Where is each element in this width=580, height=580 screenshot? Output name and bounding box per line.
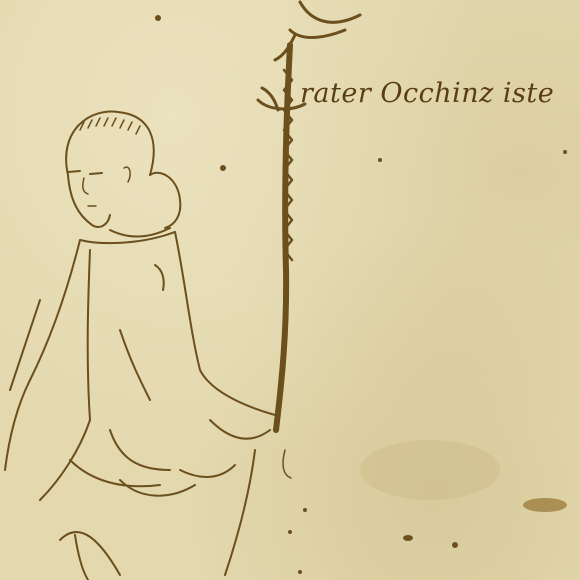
manuscript-page: rater Occhinz iste	[0, 0, 580, 580]
friar-figure	[5, 112, 291, 580]
initial-f-stem	[258, 2, 360, 430]
inscription-text: rater Occhinz iste	[300, 78, 554, 109]
